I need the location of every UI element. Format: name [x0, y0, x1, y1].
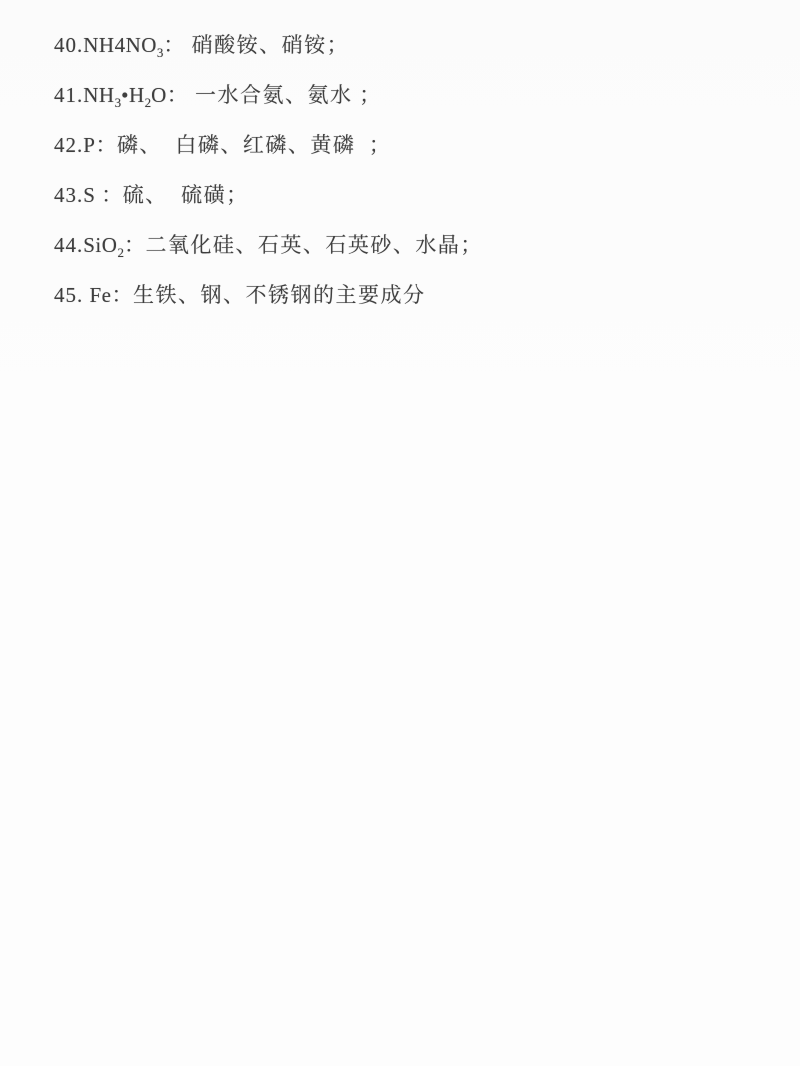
substance-names: 生铁、钢、不锈钢的主要成分: [133, 283, 426, 307]
substance-names: 二氧化硅、石英、石英砂、水晶；: [145, 233, 483, 257]
chemical-formula: Fe: [90, 283, 112, 307]
line-number: 45.: [54, 283, 90, 307]
substance-names: 磷、 白磷、红磷、黄磷 ；: [117, 133, 392, 157]
list-line: 40.NH4NO3： 硝酸铵、硝铵；: [54, 33, 770, 83]
list-line: 45. Fe：生铁、钢、不锈钢的主要成分: [54, 283, 770, 333]
colon-separator: ：: [167, 83, 189, 107]
line-number: 41.: [54, 83, 83, 107]
list-line: 43.S ：硫、 硫磺；: [54, 183, 770, 233]
line-number: 40.: [54, 33, 83, 57]
colon-separator: ：: [101, 183, 123, 207]
colon-separator: ：: [112, 283, 134, 307]
line-number: 44.: [54, 233, 83, 257]
colon-separator: ：: [163, 33, 185, 57]
chemical-formula: S: [83, 183, 101, 207]
list-line: 41.NH3•H2O： 一水合氨、氨水 ；: [54, 83, 770, 133]
chemical-formula: NH4NO3: [83, 33, 163, 57]
formula-segment: P: [83, 133, 95, 157]
list-line: 44.SiO2：二氧化硅、石英、石英砂、水晶；: [54, 233, 770, 283]
substance-names: 硫、 硫磺；: [123, 183, 249, 207]
chemical-list: 40.NH4NO3： 硝酸铵、硝铵；41.NH3•H2O： 一水合氨、氨水 ；4…: [54, 33, 770, 333]
formula-segment: SiO: [83, 233, 117, 257]
formula-segment: NH4NO: [83, 33, 157, 57]
line-number: 42.: [54, 133, 83, 157]
colon-separator: ：: [95, 133, 117, 157]
substance-names: 一水合氨、氨水 ；: [188, 83, 382, 107]
document-page: 40.NH4NO3： 硝酸铵、硝铵；41.NH3•H2O： 一水合氨、氨水 ；4…: [0, 0, 800, 1066]
formula-segment: •H: [121, 83, 145, 107]
colon-separator: ：: [124, 233, 146, 257]
chemical-formula: P: [83, 133, 95, 157]
formula-segment: O: [151, 83, 167, 107]
chemical-formula: SiO2: [83, 233, 124, 257]
formula-segment: S: [83, 183, 101, 207]
formula-segment: Fe: [90, 283, 112, 307]
substance-names: 硝酸铵、硝铵；: [185, 33, 349, 57]
list-line: 42.P：磷、 白磷、红磷、黄磷 ；: [54, 133, 770, 183]
line-number: 43.: [54, 183, 83, 207]
chemical-formula: NH3•H2O: [83, 83, 167, 107]
formula-segment: NH: [83, 83, 114, 107]
